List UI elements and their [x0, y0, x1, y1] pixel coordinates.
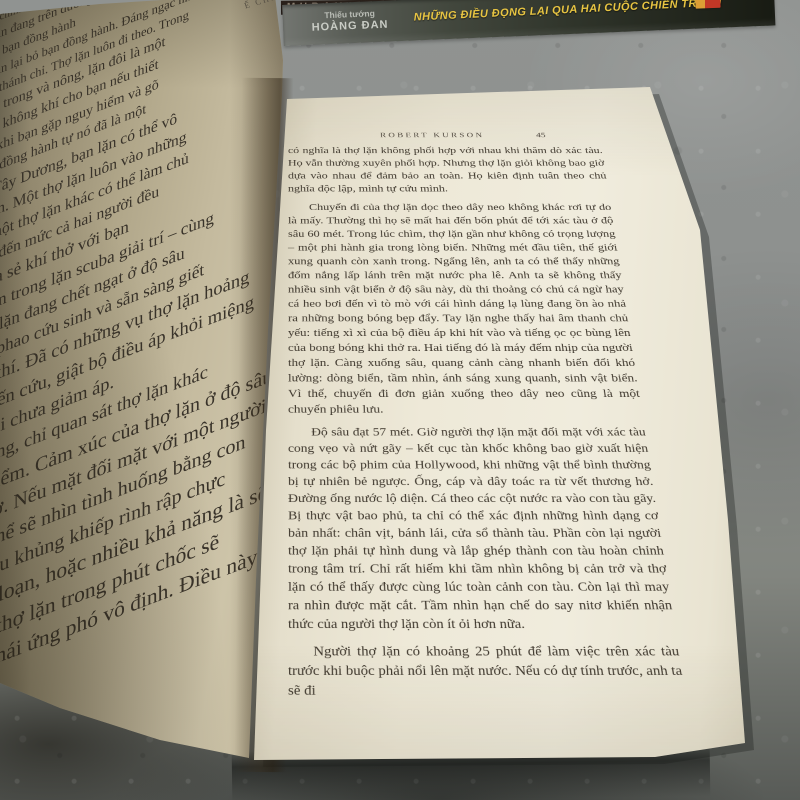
book2-author-block: Thiếu tướng HOÀNG ĐAN [306, 7, 393, 35]
body-paragraph: có nghĩa là thợ lặn không phối hợp với n… [288, 145, 609, 196]
book2-publisher-badge [695, 0, 721, 9]
body-paragraph: Độ sâu đạt 57 mét. Giờ người thợ lặn mặt… [288, 425, 676, 635]
running-header-author: ROBERT KURSON [380, 130, 485, 142]
right-page-content: ROBERT KURSON 45 có nghĩa là thợ lặn khô… [288, 126, 688, 710]
right-page-running-header: ROBERT KURSON 45 [288, 126, 601, 141]
book2-title: NHỮNG ĐIỀU ĐỌNG LẠI QUA HAI CUỘC CHIẾN T… [413, 0, 722, 24]
photo-open-book-scene: MURAKAMI Thiếu tướng HOÀNG ĐAN NHỮNG ĐIỀ… [0, 0, 800, 800]
body-paragraph: Người thợ lặn có khoảng 25 phút để làm v… [288, 643, 687, 702]
right-page: ROBERT KURSON 45 có nghĩa là thợ lặn khô… [248, 80, 752, 768]
book-spine-hoang-dan: Thiếu tướng HOÀNG ĐAN NHỮNG ĐIỀU ĐỌNG LẠ… [282, 0, 775, 46]
body-paragraph: Chuyến đi của thợ lặn dọc theo dây neo k… [288, 201, 643, 418]
page-number: 45 [535, 129, 546, 141]
